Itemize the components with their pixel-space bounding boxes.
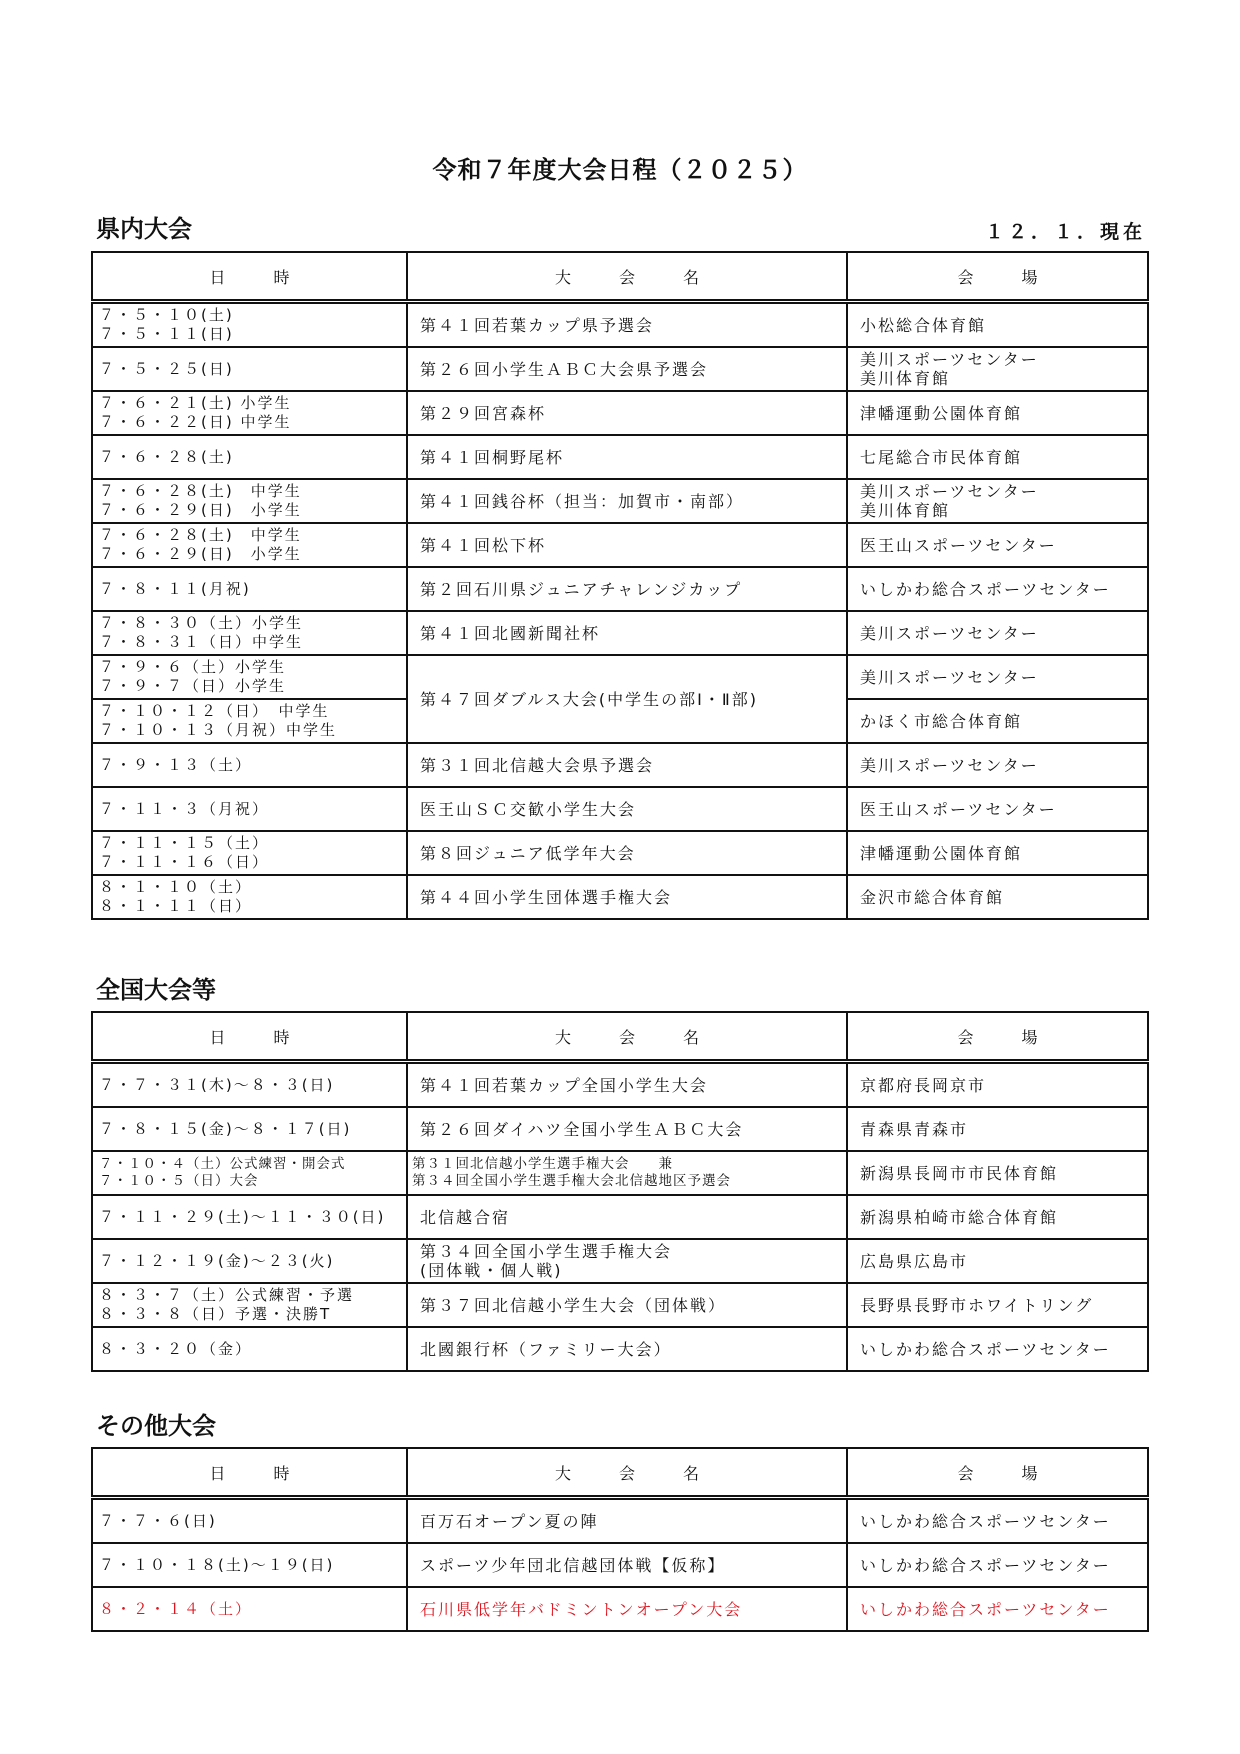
event-venue: いしかわ総合スポーツセンター	[847, 1498, 1148, 1544]
column-header-date: 日 時	[92, 252, 407, 302]
event-date: ７・６・２８(土)	[92, 435, 407, 479]
table-header-row: 日 時 大 会 名 会 場	[92, 252, 1148, 302]
event-name: 第４１回若葉カップ全国小学生大会	[407, 1062, 847, 1108]
event-venue: 広島県広島市	[847, 1239, 1148, 1283]
event-name: 第２６回ダイハツ全国小学生ＡＢＣ大会	[407, 1107, 847, 1151]
event-venue: 新潟県柏崎市総合体育館	[847, 1195, 1148, 1239]
prefectural-schedule-table: 日 時 大 会 名 会 場 ７・５・１０(土) ７・５・１１(日) 第４１回若葉…	[91, 251, 1149, 920]
table-row: ７・１１・２９(土)～１１・３０(日) 北信越合宿 新潟県柏崎市総合体育館	[92, 1195, 1148, 1239]
event-name: 第３７回北信越小学生大会（団体戦）	[407, 1283, 847, 1327]
section-heading-national: 全国大会等	[96, 970, 216, 1005]
event-venue: 美川スポーツセンター	[847, 611, 1148, 655]
section-heading-other: その他大会	[96, 1406, 216, 1441]
table-row: ７・８・１１(月祝) 第２回石川県ジュニアチャレンジカップ いしかわ総合スポーツ…	[92, 567, 1148, 611]
event-venue: 医王山スポーツセンター	[847, 523, 1148, 567]
event-name: スポーツ少年団北信越団体戦【仮称】	[407, 1543, 847, 1587]
event-name: 第２回石川県ジュニアチャレンジカップ	[407, 567, 847, 611]
event-date: ７・５・１０(土) ７・５・１１(日)	[92, 302, 407, 348]
event-date: ７・９・６（土）小学生 ７・９・７（日）小学生	[92, 655, 407, 699]
event-date: ７・１１・１５（土） ７・１１・１６（日）	[92, 831, 407, 875]
event-venue: 津幡運動公園体育館	[847, 831, 1148, 875]
event-name: 百万石オープン夏の陣	[407, 1498, 847, 1544]
table-row: ７・１０・１８(土)～１９(日) スポーツ少年団北信越団体戦【仮称】 いしかわ総…	[92, 1543, 1148, 1587]
table-row-highlighted: ８・２・１４（土） 石川県低学年バドミントンオープン大会 いしかわ総合スポーツセ…	[92, 1587, 1148, 1631]
event-venue: 青森県青森市	[847, 1107, 1148, 1151]
table-row: ７・７・６(日) 百万石オープン夏の陣 いしかわ総合スポーツセンター	[92, 1498, 1148, 1544]
event-venue: 美川スポーツセンター 美川体育館	[847, 347, 1148, 391]
table-row: ８・１・１０（土） ８・１・１１（日） 第４４回小学生団体選手権大会 金沢市総合…	[92, 875, 1148, 919]
column-header-venue: 会 場	[847, 1012, 1148, 1062]
column-header-venue: 会 場	[847, 252, 1148, 302]
as-of-date: １２．１．現在	[985, 217, 1146, 244]
table-row: ７・６・２１(土) 小学生 ７・６・２２(日) 中学生 第２９回宮森杯 津幡運動…	[92, 391, 1148, 435]
column-header-name: 大 会 名	[407, 1448, 847, 1498]
event-date: ８・２・１４（土）	[92, 1587, 407, 1631]
event-date: ７・１２・１９(金)～２３(火)	[92, 1239, 407, 1283]
event-date: ７・６・２８(土) 中学生 ７・６・２９(日) 小学生	[92, 479, 407, 523]
table-row: ７・１２・１９(金)～２３(火) 第３４回全国小学生選手権大会 (団体戦・個人戦…	[92, 1239, 1148, 1283]
section-heading-prefectural: 県内大会	[96, 209, 192, 244]
event-venue: いしかわ総合スポーツセンター	[847, 1543, 1148, 1587]
column-header-date: 日 時	[92, 1448, 407, 1498]
event-venue: 美川スポーツセンター	[847, 655, 1148, 699]
event-date: ８・３・２０（金）	[92, 1327, 407, 1371]
event-venue: 小松総合体育館	[847, 302, 1148, 348]
event-date: ７・６・２８(土) 中学生 ７・６・２９(日) 小学生	[92, 523, 407, 567]
event-venue: 美川スポーツセンター 美川体育館	[847, 479, 1148, 523]
table-row: ７・６・２８(土) 第４１回桐野尾杯 七尾総合市民体育館	[92, 435, 1148, 479]
event-date: ７・６・２１(土) 小学生 ７・６・２２(日) 中学生	[92, 391, 407, 435]
event-name: 医王山ＳＣ交歓小学生大会	[407, 787, 847, 831]
event-name: 第４１回銭谷杯（担当：加賀市・南部）	[407, 479, 847, 523]
event-name: 第４１回松下杯	[407, 523, 847, 567]
table-row: ７・９・６（土）小学生 ７・９・７（日）小学生 第４７回ダブルス大会(中学生の部…	[92, 655, 1148, 699]
document-title: 令和７年度大会日程（２０２５）	[0, 150, 1240, 185]
event-venue: いしかわ総合スポーツセンター	[847, 1327, 1148, 1371]
table-row: ７・５・１０(土) ７・５・１１(日) 第４１回若葉カップ県予選会 小松総合体育…	[92, 302, 1148, 348]
event-venue: 新潟県長岡市市民体育館	[847, 1151, 1148, 1195]
event-venue: 長野県長野市ホワイトリング	[847, 1283, 1148, 1327]
event-name: 第３１回北信越大会県予選会	[407, 743, 847, 787]
national-schedule-table: 日 時 大 会 名 会 場 ７・７・３１(木)～８・３(日) 第４１回若葉カップ…	[91, 1011, 1149, 1372]
event-date: ７・９・１３（土）	[92, 743, 407, 787]
event-name: 北信越合宿	[407, 1195, 847, 1239]
event-date: ７・１１・３（月祝）	[92, 787, 407, 831]
event-name: 第４７回ダブルス大会(中学生の部Ⅰ・Ⅱ部)	[407, 655, 847, 743]
event-date: ７・５・２５(日)	[92, 347, 407, 391]
event-venue: 京都府長岡京市	[847, 1062, 1148, 1108]
event-name: 第８回ジュニア低学年大会	[407, 831, 847, 875]
event-date: ７・８・１１(月祝)	[92, 567, 407, 611]
column-header-name: 大 会 名	[407, 252, 847, 302]
event-name: 第３１回北信越小学生選手権大会 兼 第３４回全国小学生選手権大会北信越地区予選会	[407, 1151, 847, 1195]
table-row: ７・６・２８(土) 中学生 ７・６・２９(日) 小学生 第４１回松下杯 医王山ス…	[92, 523, 1148, 567]
event-date: ７・１１・２９(土)～１１・３０(日)	[92, 1195, 407, 1239]
event-date: ７・８・１５(金)～８・１７(日)	[92, 1107, 407, 1151]
event-name: 石川県低学年バドミントンオープン大会	[407, 1587, 847, 1631]
event-date: ７・１０・１８(土)～１９(日)	[92, 1543, 407, 1587]
table-row: ７・６・２８(土) 中学生 ７・６・２９(日) 小学生 第４１回銭谷杯（担当：加…	[92, 479, 1148, 523]
table-row: ７・５・２５(日) 第２６回小学生ＡＢＣ大会県予選会 美川スポーツセンター 美川…	[92, 347, 1148, 391]
table-row: ７・８・１５(金)～８・１７(日) 第２６回ダイハツ全国小学生ＡＢＣ大会 青森県…	[92, 1107, 1148, 1151]
event-venue: いしかわ総合スポーツセンター	[847, 1587, 1148, 1631]
event-venue: 七尾総合市民体育館	[847, 435, 1148, 479]
event-venue: かほく市総合体育館	[847, 699, 1148, 743]
event-name: 第４１回若葉カップ県予選会	[407, 302, 847, 348]
table-header-row: 日 時 大 会 名 会 場	[92, 1012, 1148, 1062]
event-name: 北國銀行杯（ファミリー大会）	[407, 1327, 847, 1371]
event-venue: 金沢市総合体育館	[847, 875, 1148, 919]
table-row: ７・１０・４（土）公式練習・開会式 ７・１０・５（日）大会 第３１回北信越小学生…	[92, 1151, 1148, 1195]
event-name: 第２９回宮森杯	[407, 391, 847, 435]
event-venue: 美川スポーツセンター	[847, 743, 1148, 787]
table-row: ７・８・３０（土）小学生 ７・８・３１（日）中学生 第４１回北國新聞社杯 美川ス…	[92, 611, 1148, 655]
event-name: 第４１回桐野尾杯	[407, 435, 847, 479]
event-date: ７・７・６(日)	[92, 1498, 407, 1544]
event-name: 第３４回全国小学生選手権大会 (団体戦・個人戦)	[407, 1239, 847, 1283]
table-header-row: 日 時 大 会 名 会 場	[92, 1448, 1148, 1498]
event-date: ７・８・３０（土）小学生 ７・８・３１（日）中学生	[92, 611, 407, 655]
table-row: ７・１１・１５（土） ７・１１・１６（日） 第８回ジュニア低学年大会 津幡運動公…	[92, 831, 1148, 875]
event-date: ８・１・１０（土） ８・１・１１（日）	[92, 875, 407, 919]
event-name: 第４４回小学生団体選手権大会	[407, 875, 847, 919]
table-row: ８・３・２０（金） 北國銀行杯（ファミリー大会） いしかわ総合スポーツセンター	[92, 1327, 1148, 1371]
column-header-date: 日 時	[92, 1012, 407, 1062]
event-name: 第４１回北國新聞社杯	[407, 611, 847, 655]
event-venue: いしかわ総合スポーツセンター	[847, 567, 1148, 611]
event-venue: 医王山スポーツセンター	[847, 787, 1148, 831]
event-date: ７・１０・４（土）公式練習・開会式 ７・１０・５（日）大会	[92, 1151, 407, 1195]
table-row: ７・９・１３（土） 第３１回北信越大会県予選会 美川スポーツセンター	[92, 743, 1148, 787]
table-row: ７・１１・３（月祝） 医王山ＳＣ交歓小学生大会 医王山スポーツセンター	[92, 787, 1148, 831]
other-schedule-table: 日 時 大 会 名 会 場 ７・７・６(日) 百万石オープン夏の陣 いしかわ総合…	[91, 1447, 1149, 1632]
event-date: ８・３・７（土）公式練習・予選 ８・３・８（日）予選・決勝T	[92, 1283, 407, 1327]
event-venue: 津幡運動公園体育館	[847, 391, 1148, 435]
event-date: ７・７・３１(木)～８・３(日)	[92, 1062, 407, 1108]
table-row: ８・３・７（土）公式練習・予選 ８・３・８（日）予選・決勝T 第３７回北信越小学…	[92, 1283, 1148, 1327]
event-name: 第２６回小学生ＡＢＣ大会県予選会	[407, 347, 847, 391]
event-date: ７・１０・１２（日） 中学生 ７・１０・１３（月祝）中学生	[92, 699, 407, 743]
column-header-name: 大 会 名	[407, 1012, 847, 1062]
table-row: ７・７・３１(木)～８・３(日) 第４１回若葉カップ全国小学生大会 京都府長岡京…	[92, 1062, 1148, 1108]
column-header-venue: 会 場	[847, 1448, 1148, 1498]
